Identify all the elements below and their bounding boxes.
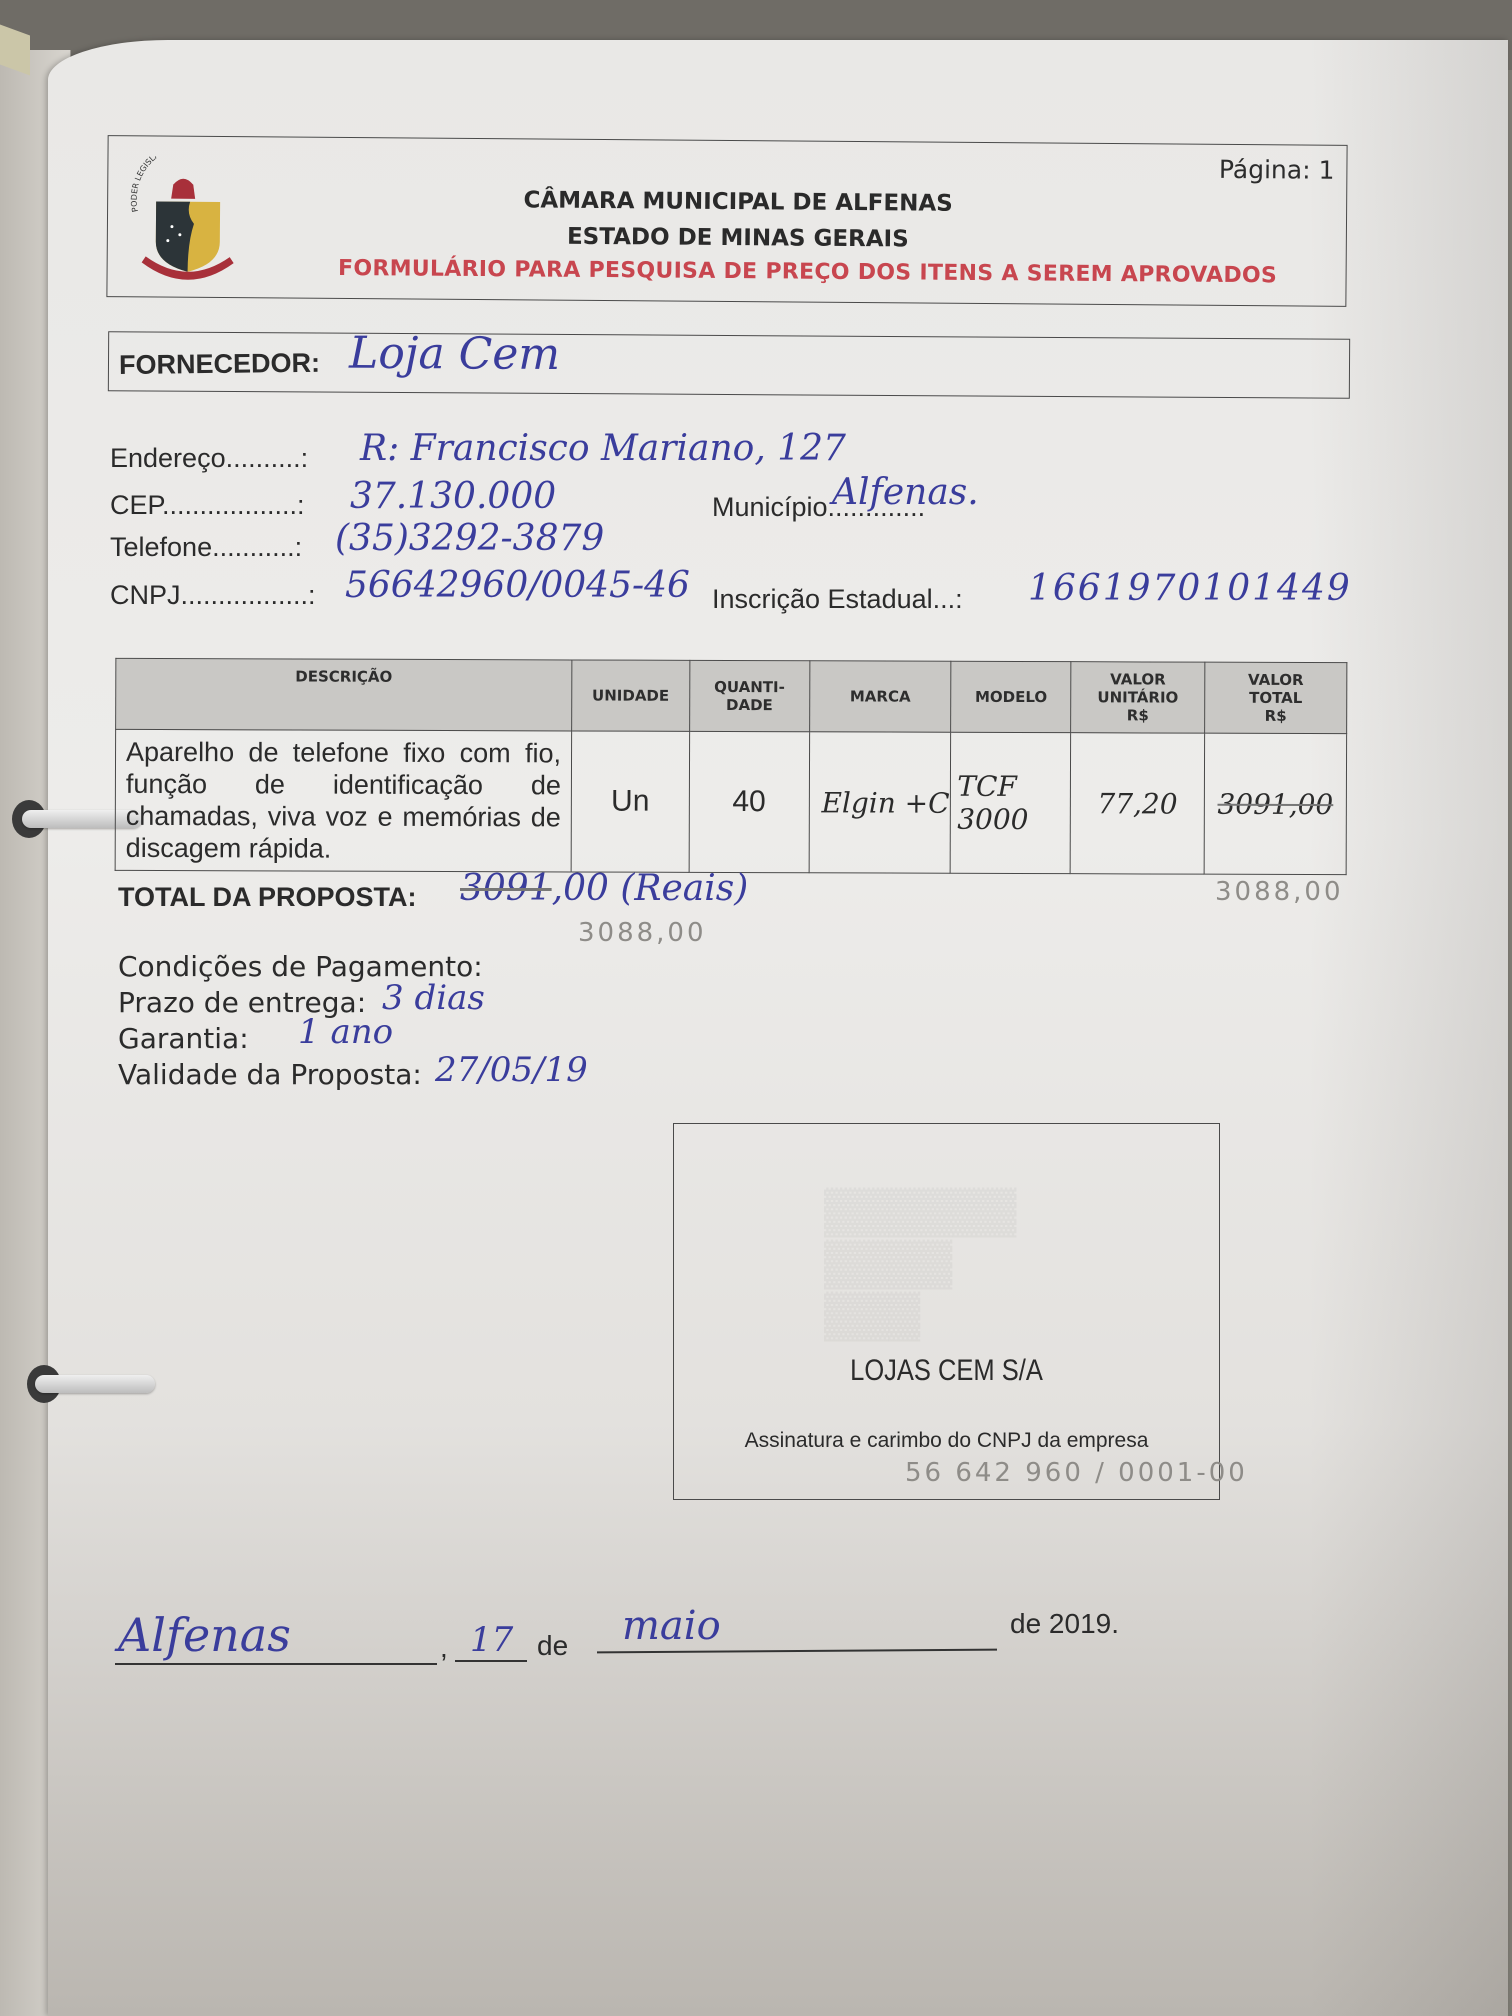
- col-quantidade: QUANTI- DADE: [689, 660, 809, 731]
- total-value[interactable]: 3091,00 (Reais): [460, 868, 748, 909]
- page-number: Página: 1: [1219, 155, 1335, 185]
- validity-label: Validade da Proposta:: [118, 1058, 422, 1091]
- cep-value[interactable]: 37.130.000: [350, 476, 556, 517]
- cell-descricao: Aparelho de telefone fixo com fio, funçã…: [115, 729, 571, 872]
- supplier-label: FORNECEDOR:: [119, 348, 320, 381]
- cell-unidade: Un: [571, 731, 689, 872]
- cnpj-label: CNPJ.................:: [110, 580, 316, 611]
- signature-stamp-box[interactable]: ▓▓▓▓▓▓▓▓▓▓▓▓▓ LOJAS CEM S/A Assinatura e…: [673, 1123, 1220, 1500]
- stamp-company-name: LOJAS CEM S/A: [715, 1354, 1178, 1388]
- table-header-row: DESCRIÇÃO UNIDADE QUANTI- DADE MARCA MOD…: [116, 658, 1347, 733]
- col-marca: MARCA: [809, 661, 951, 732]
- binder-ring-bottom: [35, 1375, 155, 1393]
- phone-label: Telefone...........:: [110, 532, 302, 563]
- cell-valor-total[interactable]: 3091,00: [1204, 733, 1346, 874]
- total-pencil-correction-right: 3088,00: [1215, 877, 1344, 907]
- total-pencil-correction: 3088,00: [578, 918, 707, 948]
- table-row: Aparelho de telefone fixo com fio, funçã…: [115, 729, 1346, 874]
- stamp-bleed-through: ▓▓▓▓▓▓▓▓▓▓▓▓▓: [824, 1184, 1016, 1340]
- total-value-rest: ,00 (Reais): [552, 868, 749, 909]
- address-label: Endereço..........:: [110, 443, 308, 474]
- municipio-value[interactable]: Alfenas.: [832, 472, 979, 513]
- ie-label: Inscrição Estadual...:: [712, 584, 963, 615]
- col-unidade: UNIDADE: [572, 660, 690, 731]
- cep-label: CEP..................:: [110, 490, 305, 521]
- date-de-label: de: [537, 1630, 568, 1662]
- coat-of-arms-logo: PODER LEGISLATIVO MUNICIPAL: [127, 156, 248, 287]
- ie-value[interactable]: 1661970101449: [1028, 568, 1352, 609]
- day-line: [455, 1660, 527, 1662]
- form-header: PODER LEGISLATIVO MUNICIPAL Página: 1 CÂ…: [106, 135, 1347, 307]
- supplier-box: FORNECEDOR: Loja Cem: [108, 331, 1350, 399]
- month-value[interactable]: maio: [622, 1603, 721, 1649]
- cell-quantidade: 40: [689, 731, 809, 872]
- col-modelo: MODELO: [951, 661, 1071, 732]
- col-descricao: DESCRIÇÃO: [116, 658, 572, 731]
- col-valor-total: VALOR TOTAL R$: [1205, 662, 1347, 733]
- warranty-label: Garantia:: [118, 1022, 249, 1055]
- total-value-struck: 3091: [460, 868, 552, 909]
- city-value[interactable]: Alfenas: [118, 1608, 291, 1662]
- comma: ,: [440, 1632, 448, 1664]
- cell-modelo[interactable]: TCF 3000: [951, 732, 1071, 873]
- validity-value[interactable]: 27/05/19: [435, 1050, 588, 1090]
- address-value[interactable]: R: Francisco Mariano, 127: [360, 428, 846, 469]
- supplier-value[interactable]: Loja Cem: [349, 328, 560, 380]
- items-table: DESCRIÇÃO UNIDADE QUANTI- DADE MARCA MOD…: [115, 658, 1348, 875]
- stamp-pencil-cnpj: 56 642 960 / 0001-00: [905, 1458, 1248, 1488]
- cell-marca[interactable]: Elgin +C: [809, 732, 951, 873]
- delivery-value[interactable]: 3 dias: [382, 978, 485, 1018]
- cell-valor-unitario[interactable]: 77,20: [1070, 733, 1204, 874]
- day-value[interactable]: 17: [470, 1620, 513, 1660]
- state-name: ESTADO DE MINAS GERAIS: [308, 222, 1168, 255]
- city-line: [115, 1663, 437, 1665]
- warranty-value[interactable]: 1 ano: [298, 1012, 393, 1052]
- total-label: TOTAL DA PROPOSTA:: [118, 882, 417, 913]
- col-valor-unitario: VALOR UNITÁRIO R$: [1071, 662, 1205, 733]
- institution-name: CÂMARA MUNICIPAL DE ALFENAS: [308, 186, 1168, 219]
- phone-value[interactable]: (35)3292-3879: [335, 518, 604, 559]
- year-label: de 2019.: [1010, 1608, 1119, 1640]
- form-title: FORMULÁRIO PARA PESQUISA DE PREÇO DOS IT…: [283, 256, 1333, 289]
- cnpj-value[interactable]: 56642960/0045-46: [345, 565, 690, 606]
- stamp-caption: Assinatura e carimbo do CNPJ da empresa: [674, 1429, 1219, 1453]
